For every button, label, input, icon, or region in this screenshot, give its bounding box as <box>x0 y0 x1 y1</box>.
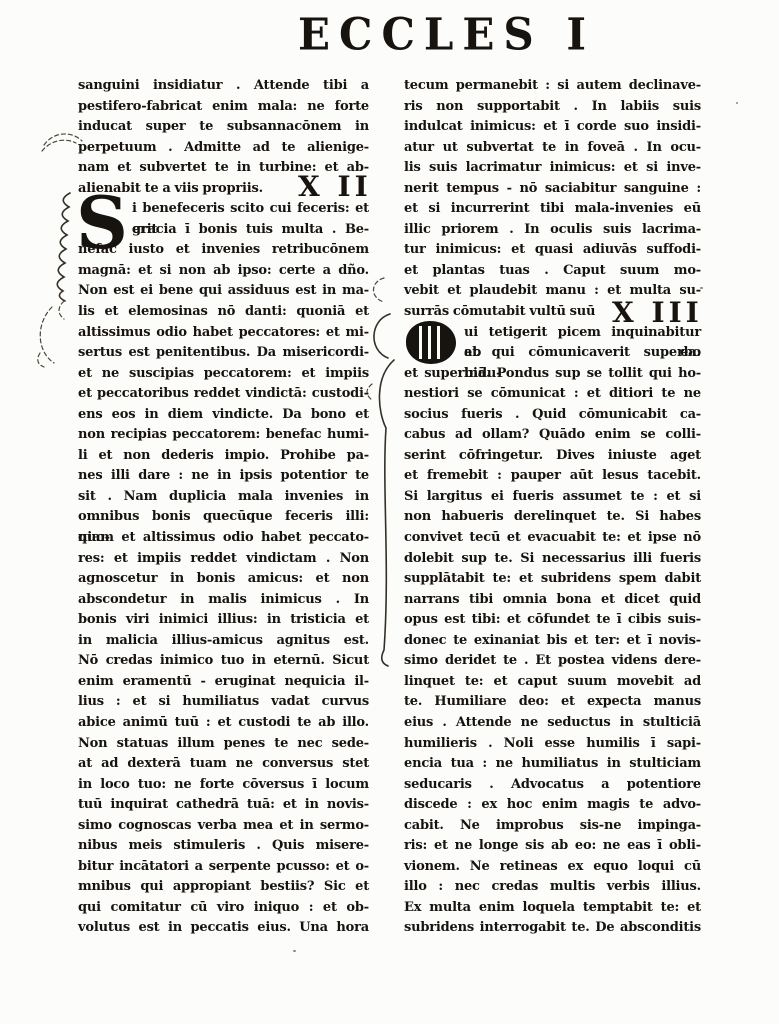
text-line: non recipias peccatorem: benefac humi- <box>78 425 369 446</box>
text-line: qui comitatur cū viro iniquo : et ob- <box>78 898 369 919</box>
scan-speck <box>736 102 738 104</box>
text-line: omnibus bonis quecūque feceris illi: quo… <box>78 507 369 528</box>
text-line: at ad dexterā tuam ne conversus stet <box>78 754 369 775</box>
text-line: vionem. Ne retineas ex equo loqui cū <box>404 857 701 878</box>
text-line: narrans tibi omnia bona et dicet quid <box>404 590 701 611</box>
text-line: cabus ad ollam? Quādo enim se colli- <box>404 425 701 446</box>
text-line: discede : ex hoc enim magis te advo- <box>404 795 701 816</box>
text-line: Nō credas inimico tuo in eternū. Sicut <box>78 651 369 672</box>
scan-speck <box>293 950 296 952</box>
chapter-numeral-13: X III <box>612 296 703 329</box>
text-line: dolebit sup te. Si necessarius illi fuer… <box>404 549 701 570</box>
text-line: non habueris derelinquet te. Si habes <box>404 507 701 528</box>
text-line: et si incurrerint tibi mala-invenies eū <box>404 199 701 220</box>
text-line: bonis viri inimici illius: in tristicia … <box>78 610 369 631</box>
text-line: Si largitus ei fueris assumet te : et si <box>404 487 701 508</box>
text-line: sit . Nam duplicia mala invenies in <box>78 487 369 508</box>
text-line: sertus est penitentibus. Da misericordi- <box>78 343 369 364</box>
text-line: Non statuas illum penes te nec sede- <box>78 734 369 755</box>
text-line: bitur incātatori a serpente pcusso: et o… <box>78 857 369 878</box>
text-line: et superbiā. Pondus sup se tollit qui ho… <box>404 364 701 385</box>
text-line: et fremebit : pauper aūt lesus tacebit. <box>404 466 701 487</box>
chapter-numeral-12: X II <box>298 170 372 203</box>
text-line: ris non supportabit . In labiis suis <box>404 97 701 118</box>
text-line: et ne suscipias peccatorem: et impiis <box>78 364 369 385</box>
text-line: illo : nec credas multis verbis illius. <box>404 877 701 898</box>
text-line: altissimus odio habet peccatores: et mi- <box>78 323 369 344</box>
text-line: in loco tuo: ne forte cōversus ī locum <box>78 775 369 796</box>
text-line: abscondetur in malis inimicus . In <box>78 590 369 611</box>
text-line: nerit tempus - nō saciabitur sanguine : <box>404 179 701 200</box>
text-line: tur inimicus: et quasi adiuvās suffodi- <box>404 240 701 261</box>
text-line: atur ut subvertat te in foveā . In ocu- <box>404 138 701 159</box>
manuscript-page: ECCLES I sanguini insidiatur . Attende t… <box>0 0 779 1024</box>
text-line: pestifero-fabricat enim mala: ne forte <box>78 97 369 118</box>
text-line: enim eramentū - eruginat nequicia il- <box>78 672 369 693</box>
text-line: nestiori se cōmunicat : et ditiori te ne <box>404 384 701 405</box>
text-line: mnibus qui appropiant bestiis? Sic et <box>78 877 369 898</box>
text-line: perpetuum . Admitte ad te alienige- <box>78 138 369 159</box>
text-line: Non est ei bene qui assiduus est in ma- <box>78 281 369 302</box>
text-line: Ex multa enim loquela temptabit te: et <box>404 898 701 919</box>
text-line: donec te exinaniat bis et ter: et ī novi… <box>404 631 701 652</box>
running-header: ECCLES I <box>298 10 595 59</box>
text-line: simo deridet te . Et postea videns dere- <box>404 651 701 672</box>
running-header-text: ECCLES I <box>298 9 595 60</box>
text-line: lius : et si humiliatus vadat curvus <box>78 692 369 713</box>
text-line: et plantas tuas . Caput suum mo- <box>404 261 701 282</box>
scan-speck <box>700 287 703 289</box>
text-line: te. Humiliare deo: et expecta manus <box>404 692 701 713</box>
drop-cap-Q: Q <box>406 321 456 364</box>
text-line: supplātabit te: et subridens spem dabit <box>404 569 701 590</box>
text-line: ris: et ne longe sis ab eo: ne eas ī obl… <box>404 836 701 857</box>
drop-cap-Q-stripes <box>419 326 443 359</box>
text-line: lis suis lacrimatur inimicus: et si inve… <box>404 158 701 179</box>
text-line: agnoscetur in bonis amicus: et non <box>78 569 369 590</box>
text-column-right: tecum permanebit : si autem declinave-ri… <box>404 76 701 939</box>
text-line: lis et elemosinas nō danti: quoniā et <box>78 302 369 323</box>
text-line: niam et altissimus odio habet peccato- <box>78 528 369 549</box>
text-line: res: et impiis reddet vindictam . Non <box>78 549 369 570</box>
text-line: opus est tibi: et cōfundet te ī cibis su… <box>404 610 701 631</box>
text-line: indulcat inimicus: et ī corde suo insidi… <box>404 117 701 138</box>
text-line: socius fueris . Quid cōmunicabit ca- <box>404 405 701 426</box>
text-line: abice animū tuū : et custodi te ab illo. <box>78 713 369 734</box>
text-line: li et non dederis impio. Prohibe pa- <box>78 446 369 467</box>
text-line: sanguini insidiatur . Attende tibi a <box>78 76 369 97</box>
text-line: tecum permanebit : si autem declinave- <box>404 76 701 97</box>
text-line: inducat super te subsannacōnem in <box>78 117 369 138</box>
text-line: subridens interrogabit te. De absconditi… <box>404 918 701 939</box>
text-line: simo cognoscas verba mea et in sermo- <box>78 816 369 837</box>
text-line: volutus est in peccatis eius. Una hora <box>78 918 369 939</box>
text-line: et peccatoribus reddet vindictā: custodi… <box>78 384 369 405</box>
text-line: encia tua : ne humiliatus in stulticiam <box>404 754 701 775</box>
text-line: seducaris . Advocatus a potentiore <box>404 775 701 796</box>
text-line: cabit. Ne improbus sis-ne impinga- <box>404 816 701 837</box>
text-line: tuū inquirat cathedrā tuā: et in novis- <box>78 795 369 816</box>
text-line: illic priorem . In oculis suis lacrima- <box>404 220 701 241</box>
text-line: in malicia illius-amicus agnitus est. <box>78 631 369 652</box>
text-line: humilieris . Noli esse humilis ī sapi- <box>404 734 701 755</box>
text-line: nibus meis stimuleris . Quis misere- <box>78 836 369 857</box>
text-line: nes illi dare : ne in ipsis potentior te <box>78 466 369 487</box>
text-line: convivet tecū et evacuabit te: et ipse n… <box>404 528 701 549</box>
text-line: ens eos in diem vindicte. Da bono et <box>78 405 369 426</box>
text-line: serint cōfringetur. Dives iniuste aget <box>404 446 701 467</box>
text-line: linquet te: et caput suum movebit ad <box>404 672 701 693</box>
text-line: eius . Attende ne seductus in stulticiā <box>404 713 701 734</box>
drop-cap-S: S <box>76 194 128 252</box>
